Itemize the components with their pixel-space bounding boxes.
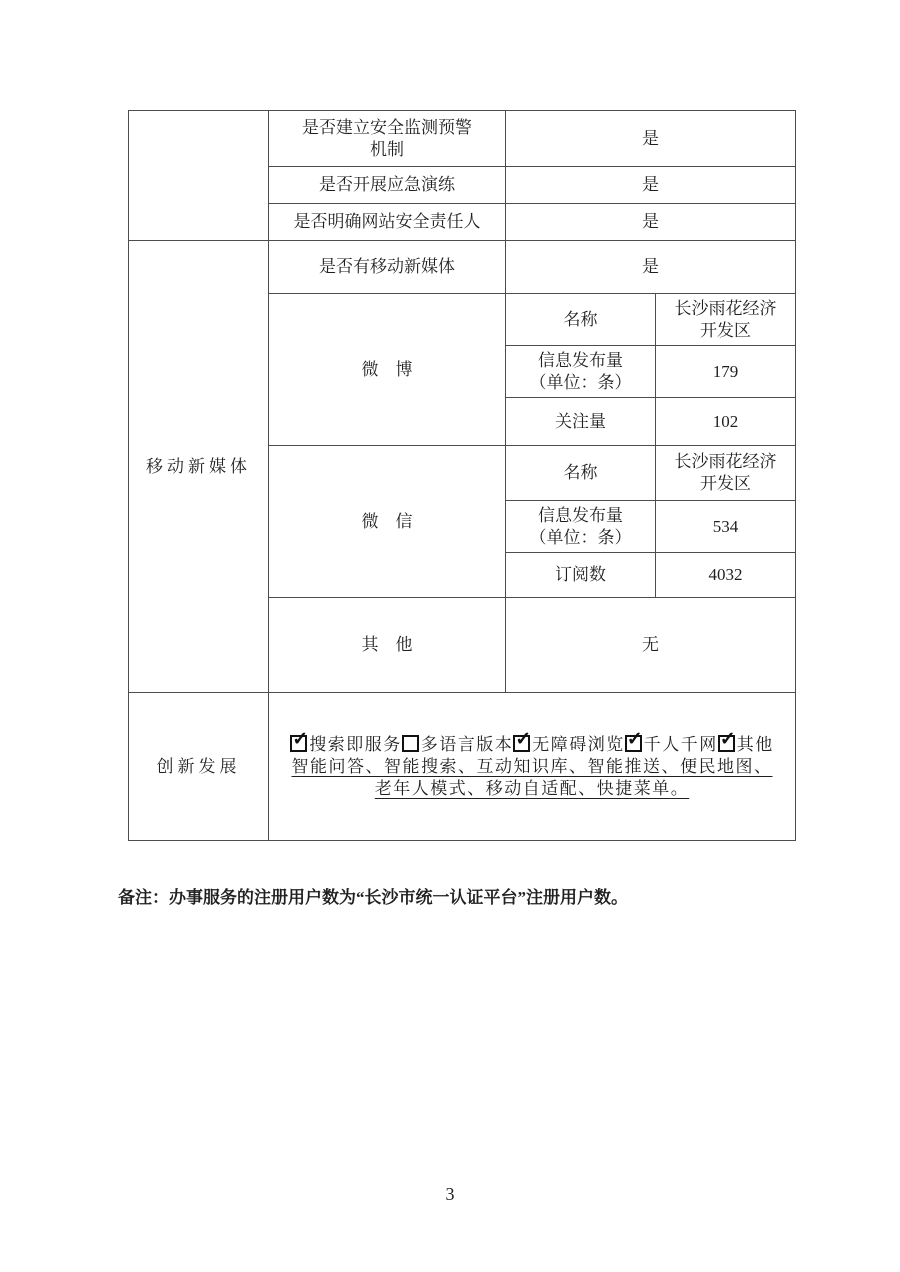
innovation-detail-text: 智能问答、智能搜索、互动知识库、智能推送、便民地图、老年人模式、移动自适配、快捷… — [271, 756, 793, 800]
option-multilanguage-label: 多语言版本 — [421, 735, 514, 754]
page-number: 3 — [0, 1184, 900, 1205]
cell-other-media-value: 无 — [506, 598, 796, 693]
cell-security-warning-value: 是 — [506, 111, 796, 167]
cell-security-officer-label: 是否明确网站安全责任人 — [269, 204, 506, 241]
checkbox-accessibility-icon — [513, 735, 530, 752]
cell-other-media-label: 其 他 — [269, 598, 506, 693]
cell-wechat-posts-value: 534 — [656, 501, 796, 553]
option-other: 其他 — [718, 735, 774, 754]
cell-wechat-label: 微 信 — [269, 446, 506, 598]
option-search-service: 搜索即服务 — [290, 735, 402, 754]
checkbox-other-icon — [718, 735, 735, 752]
checkbox-search-service-icon — [290, 735, 307, 752]
option-search-service-label: 搜索即服务 — [309, 735, 402, 754]
cell-mobile-media-section: 移动新媒体 — [129, 241, 269, 693]
cell-security-officer-value: 是 — [506, 204, 796, 241]
cell-innovation-section: 创新发展 — [129, 693, 269, 841]
option-accessibility: 无障碍浏览 — [513, 735, 625, 754]
checkbox-personalized-icon — [625, 735, 642, 752]
cell-prev-section-spacer — [129, 111, 269, 241]
checkbox-multilanguage-icon — [402, 735, 419, 752]
cell-wechat-subscribers-label: 订阅数 — [506, 553, 656, 598]
report-table: 是否建立安全监测预警机制 是 是否开展应急演练 是 是否明确网站安全责任人 是 … — [128, 110, 796, 841]
option-personalized: 千人千网 — [625, 735, 718, 754]
cell-weibo-followers-value: 102 — [656, 398, 796, 446]
cell-weibo-label: 微 博 — [269, 294, 506, 446]
cell-has-mobile-label: 是否有移动新媒体 — [269, 241, 506, 294]
cell-innovation-content: 搜索即服务多语言版本无障碍浏览千人千网其他 智能问答、智能搜索、互动知识库、智能… — [269, 693, 796, 841]
footnote: 备注：办事服务的注册用户数为“长沙市统一认证平台”注册用户数。 — [118, 886, 798, 910]
cell-wechat-name-value: 长沙雨花经济开发区 — [656, 446, 796, 501]
cell-wechat-name-label: 名称 — [506, 446, 656, 501]
option-personalized-label: 千人千网 — [644, 735, 718, 754]
option-accessibility-label: 无障碍浏览 — [532, 735, 625, 754]
cell-wechat-posts-label: 信息发布量（单位：条） — [506, 501, 656, 553]
document-page: 是否建立安全监测预警机制 是 是否开展应急演练 是 是否明确网站安全责任人 是 … — [0, 0, 900, 1272]
option-multilanguage: 多语言版本 — [402, 735, 514, 754]
cell-weibo-followers-label: 关注量 — [506, 398, 656, 446]
cell-emergency-drill-value: 是 — [506, 167, 796, 204]
cell-weibo-name-value: 长沙雨花经济开发区 — [656, 294, 796, 346]
cell-weibo-posts-value: 179 — [656, 346, 796, 398]
cell-emergency-drill-label: 是否开展应急演练 — [269, 167, 506, 204]
option-other-label: 其他 — [737, 735, 774, 754]
feature-checkbox-row: 搜索即服务多语言版本无障碍浏览千人千网其他 — [271, 734, 793, 756]
cell-weibo-posts-label: 信息发布量（单位：条） — [506, 346, 656, 398]
cell-weibo-name-label: 名称 — [506, 294, 656, 346]
cell-has-mobile-value: 是 — [506, 241, 796, 294]
cell-wechat-subscribers-value: 4032 — [656, 553, 796, 598]
cell-security-warning-label: 是否建立安全监测预警机制 — [269, 111, 506, 167]
